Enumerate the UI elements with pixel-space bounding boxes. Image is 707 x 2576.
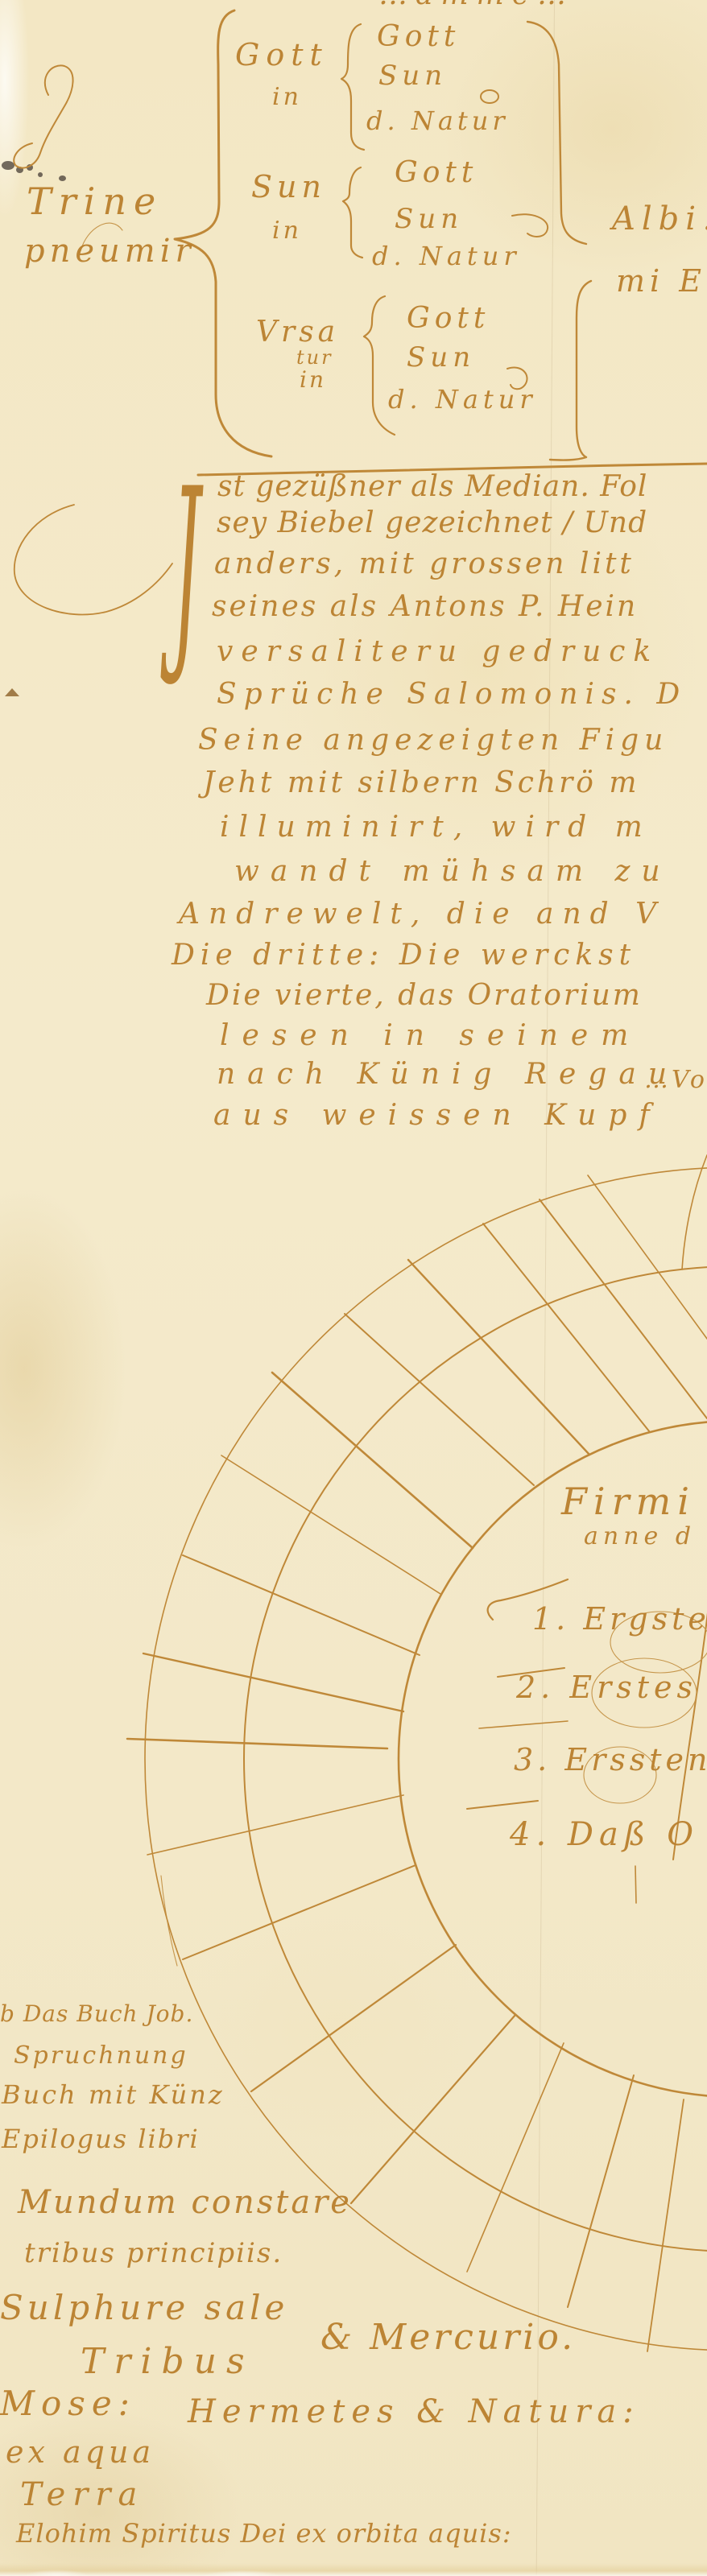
initial-flourish-icon [14,505,172,614]
item-rule-4 [467,1801,538,1809]
footer-line: Sulphure sale [0,2291,288,2325]
group-1-subject: Gott [235,39,329,70]
footer-line: Terra [20,2479,144,2511]
group-2-subject: Sun [251,171,326,202]
group-2-item: Gott [395,159,478,188]
right-bracket-2 [550,281,591,460]
diagram-item-2: 2. Erstes [516,1672,697,1703]
footer-line: Buch mit Künz [2,2082,225,2107]
ring-spoke-line [588,1175,707,1339]
paragraph-line: Sprüche Salomonis. D [217,680,687,709]
footer-line: Mundum constare [18,2186,352,2219]
curl-mark [512,214,548,237]
ring-spoke-line [467,2043,564,2272]
footer-line: Epilogus libri [2,2126,200,2152]
group-1-item: Sun [378,62,447,89]
ring-spoke-line [183,1555,420,1655]
group-3-subject: Vrsa [256,318,339,347]
group-brace-1 [341,24,364,150]
footer-line: ex aqua [6,2437,155,2467]
ring-spoke-line [221,1455,440,1594]
footer-line: b Das Buch Job. [0,2003,193,2025]
paragraph-line: nach Künig Regau [217,1060,679,1089]
item-rule-3 [479,1721,568,1728]
footer-line: Mose: [0,2387,136,2421]
ring-spoke-line [568,2075,634,2307]
diagram-item-4: 4. Daß O [510,1818,699,1851]
paragraph-line: seines als Antons P. Hein [212,592,638,621]
group-brace-2 [343,167,362,258]
footer-line: Tribus [81,2344,254,2380]
torn-bottom-edge [0,2563,707,2576]
group-2-prep: in [272,219,302,243]
ring-spoke-line [272,1373,473,1548]
paragraph-line: Die vierte, das Oratorium [206,981,643,1010]
paragraph-line: versaliteru gedruck [217,638,659,667]
right-bracket-1 [527,22,586,244]
paragraph-line: anders, mit grossen litt [214,550,635,579]
paragraph-initial: J [172,463,201,675]
right-label-2: mi Eh… [616,266,707,296]
double-arc-stroke [161,1876,177,1966]
paragraph-line: Jeht mit silbern Schrö m [203,769,640,798]
footer-line: Elohim Spiritus Dei ex orbita aquis: [16,2520,512,2546]
ring-spoke-line [408,1260,589,1455]
ring-spoke-line [540,1199,707,1418]
footer-line: Hermetes & Natura: [188,2396,640,2428]
ring-spoke-line [143,1653,403,1711]
ring-spoke-line [147,1795,403,1855]
left-label-trine: Trine [27,183,163,220]
small-circle-mark [481,90,498,103]
group-1-item: Gott [377,23,460,52]
group-2-item: d. Natur [372,243,521,269]
paragraph-line: illuminirt, wird m [220,813,652,842]
diagram-center-subheading: anne d [584,1525,696,1549]
ring-spoke-line [647,2099,684,2351]
diagram-center-heading: Firmi [561,1483,696,1520]
diagram-item-1: 1. Ergsten [532,1604,707,1634]
descender-stroke [635,1866,636,1903]
diagram-top-fragment: …Vog [644,1068,707,1092]
footer-line: Spruchnung [14,2044,188,2068]
paragraph-line: sey Biebel gezeichnet / Und [217,509,647,538]
ring-spoke-line [351,2015,515,2203]
footer-line: tribus principiis. [24,2240,283,2267]
group-3-prep: in [300,369,326,391]
ring-spoke-line [127,1739,387,1748]
group-1-prep: in [272,85,302,109]
right-label-1: Albi… [612,203,707,235]
flourish-loop-icon [14,65,72,167]
descender-stroke [682,1155,707,1269]
ring-spoke-line [183,1865,416,1959]
paragraph-line: st gezüßner als Median. Fol [217,473,647,502]
paragraph-line: Die dritte: Die werckst [172,941,636,970]
group-3-item: Sun [407,344,475,371]
ring-spoke-line [483,1224,650,1432]
group-2-item: Sun [395,205,463,233]
left-label-second: pneumir [24,235,196,267]
paragraph-line: Andrewelt, die and V [179,900,665,929]
top-cut-fragment: …amme… [378,0,574,10]
footer-line: & Mercurio. [320,2320,576,2355]
paragraph-line: aus weissen Kupf [213,1101,662,1130]
paragraph-line: wandt mühsam zu [234,857,672,886]
paragraph-line: Seine angezeigten Figu [198,726,668,755]
group-3-item: Gott [407,304,490,333]
diagram-item-3: 3. Erssten [514,1744,707,1775]
group-3-subject-cont: tur [296,348,333,367]
group-3-item: d. Natur [388,386,537,412]
paragraph-line: lesen in seinem [220,1022,641,1051]
manuscript-page: …amme… Trine pneumir Gott in Gott Sun d.… [0,0,707,2576]
group-1-item: d. Natur [366,108,509,134]
